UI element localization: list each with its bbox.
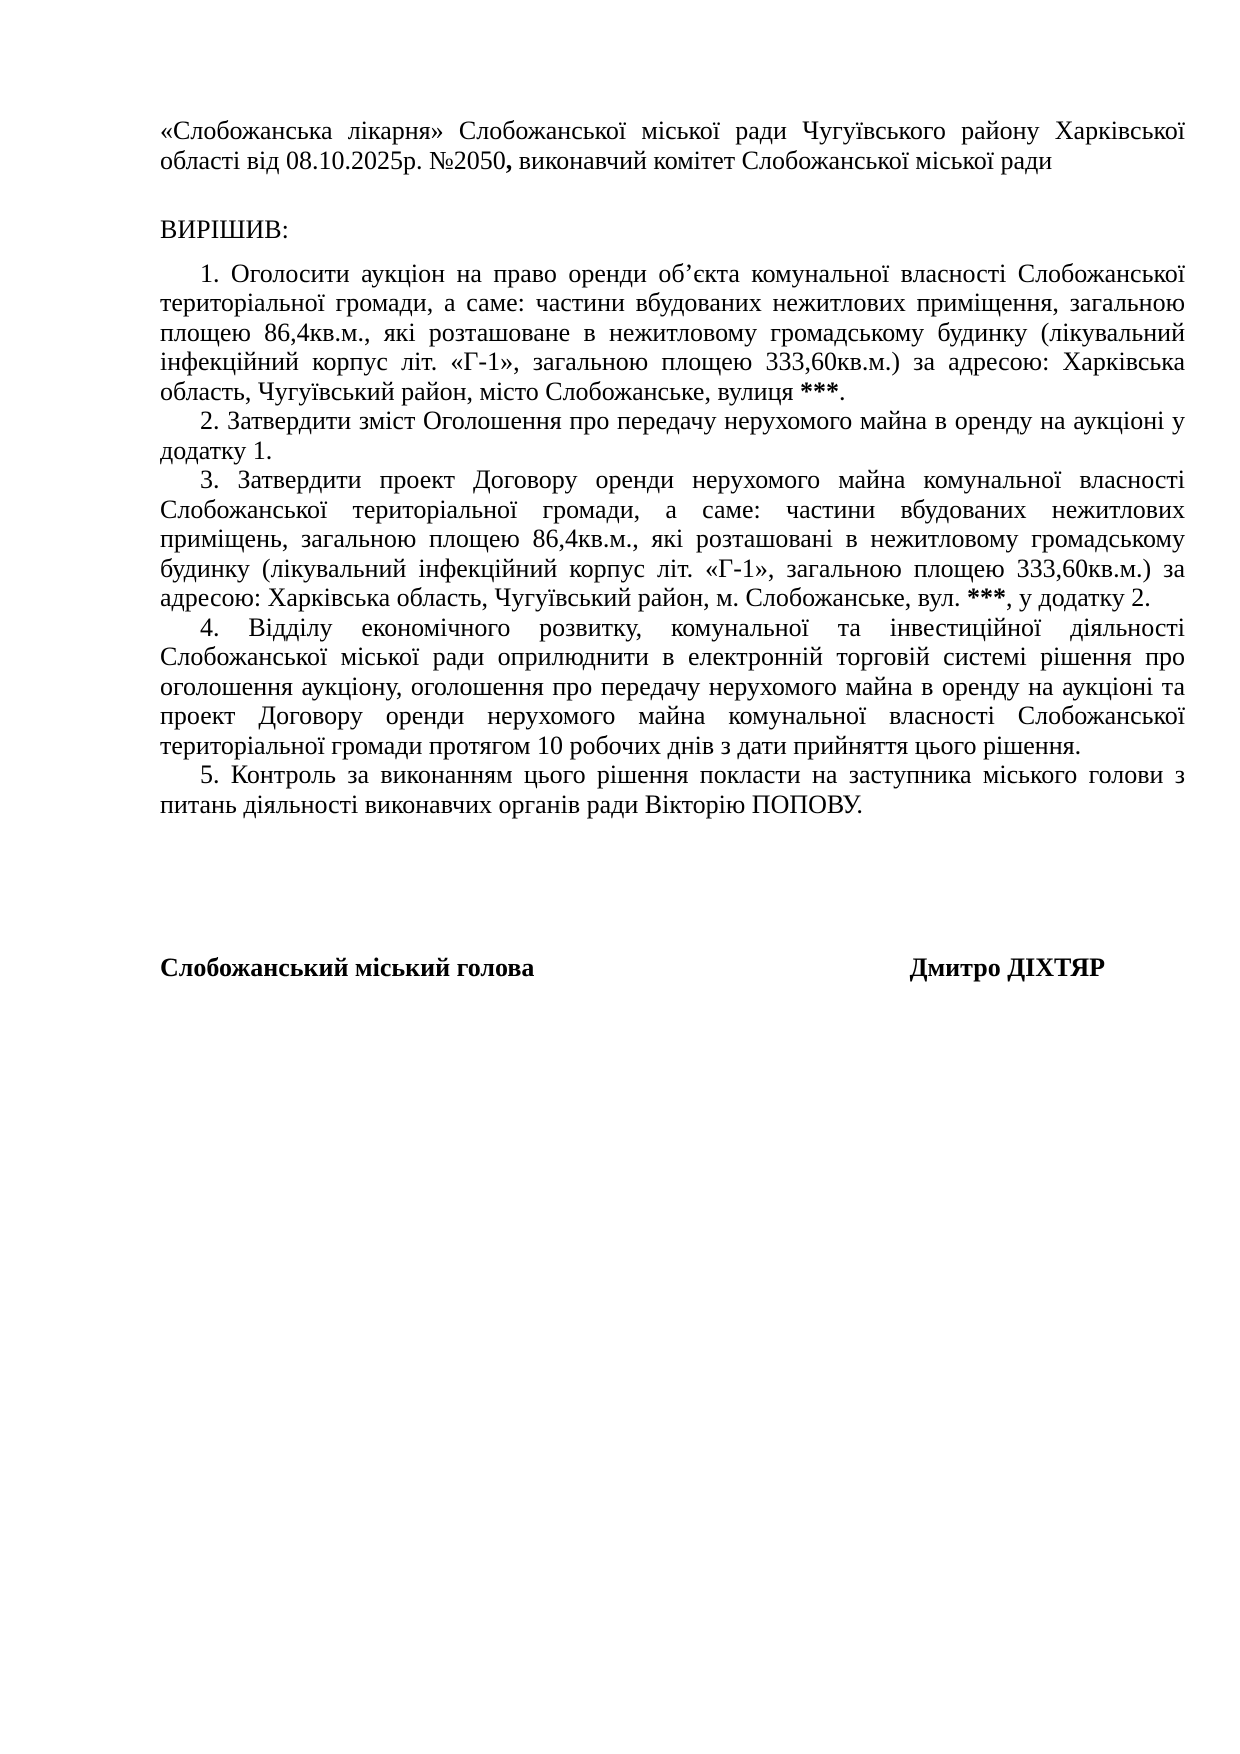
resolution-item-5: 5. Контроль за виконанням цього рішення …: [160, 760, 1185, 819]
resolution-item-4: 4. Відділу економічного розвитку, комуна…: [160, 613, 1185, 761]
document-page: «Слобожанська лікарня» Слобожанської міс…: [0, 0, 1240, 1754]
signature-row: Слобожанський міський голова Дмитро ДІХТ…: [160, 953, 1185, 983]
signature-title: Слобожанський міський голова: [160, 953, 534, 983]
resolution-item-3: 3. Затвердити проект Договору оренди нер…: [160, 465, 1185, 613]
resolution-item-1: 1. Оголосити аукціон на право оренди об’…: [160, 259, 1185, 407]
signature-name: Дмитро ДІХТЯР: [910, 953, 1105, 983]
document-body: «Слобожанська лікарня» Слобожанської міс…: [160, 116, 1185, 983]
resolution-item-2: 2. Затвердити зміст Оголошення про перед…: [160, 406, 1185, 465]
resolution-heading: ВИРІШИВ:: [160, 215, 1185, 245]
intro-paragraph: «Слобожанська лікарня» Слобожанської міс…: [160, 116, 1185, 175]
